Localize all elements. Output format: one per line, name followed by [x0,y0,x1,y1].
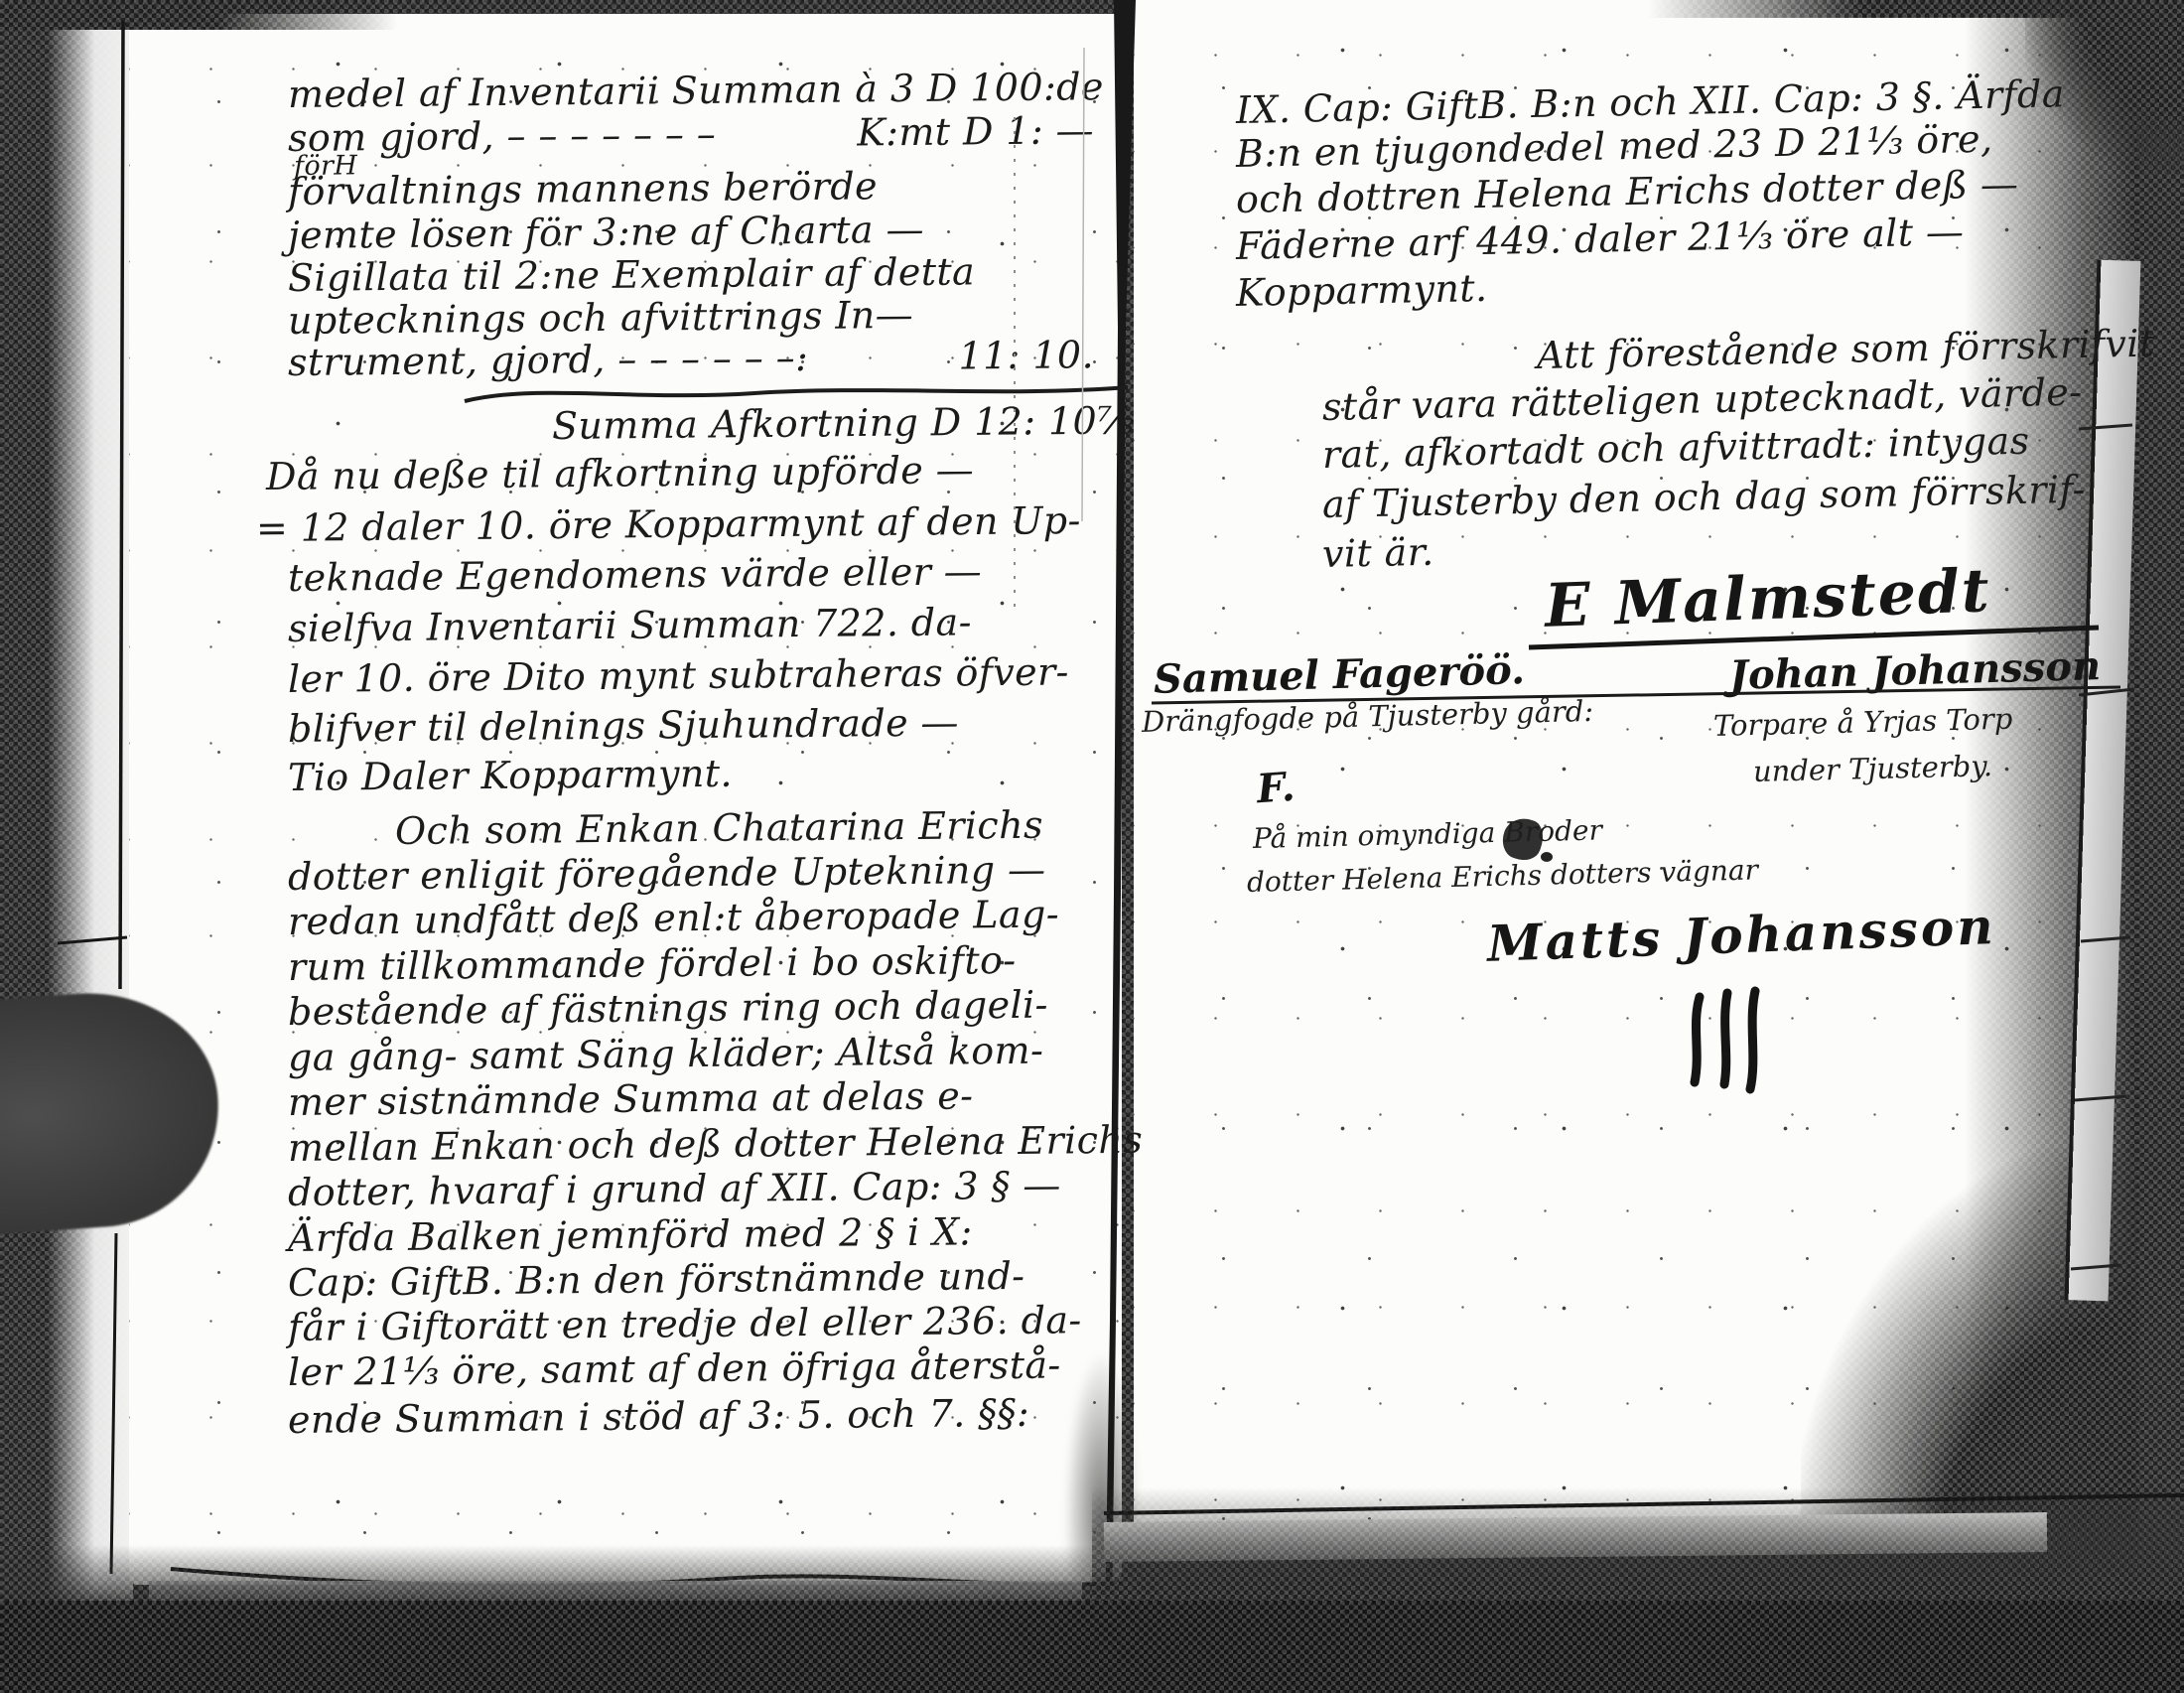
manuscript-line: Och som Enkan Chatarina Erichs [395,802,1201,853]
line-text: strument, gjord, – – – – – –: [288,337,809,385]
manuscript-line: dotter enligit föregående Uptekning — [288,848,1094,899]
manuscript-line: blifver til delnings Sjuhundrade — [288,700,1094,751]
manuscript-line: Ärfda Balken jemnförd med 2 § i X: [288,1209,1094,1260]
manuscript-line: Cap: GiftB. B:n den förstnämnde und- [288,1254,1094,1305]
line-amount: 11: 10. [958,334,1094,378]
manuscript-line: = 12 daler 10. öre Kopparmynt af den Up- [256,499,1062,550]
manuscript-line: ler 10. öre Dito mynt subtraheras öfver- [288,650,1094,701]
witness-left-mark-f: F. [1255,764,1296,813]
signature-johan-johansson: Johan Johansson [1728,642,2101,699]
manuscript-line: får i Giftorätt en tredje del eller 236.… [288,1299,1094,1349]
manuscript-line: Då nu deße til afkortning upförde — [266,448,1072,498]
manuscript-line: mer sistnämnde Summa at delas e- [288,1073,1094,1124]
manuscript-line: rum tillkommande fördel i bo oskifto- [288,938,1094,989]
manuscript-line: bestående af fästnings ring och dageli- [288,983,1094,1034]
ink-blot-small [1541,852,1553,862]
manuscript-line: teknade Egendomens värde eller — [288,549,1094,600]
summa-afkortning-line: Summa Afkortning D 12: 10⅞ [552,399,1135,448]
manuscript-line: ende Summan i stöd af 3: 5. och 7. §§: [288,1391,1094,1442]
scan-border-top-left [0,0,397,30]
manuscript-line: ga gång- samt Säng kläder; Altså kom- [288,1029,1094,1079]
scan-border-bottom [0,1601,2184,1693]
signature-samuel-fageroo: Samuel Fageröö. [1153,646,1525,703]
manuscript-line: Tio Daler Kopparmynt. [288,749,1094,799]
witness-right-role-line2: under Tjusterby. [1753,751,1993,788]
left-page-deckle-edge [48,0,133,1646]
manuscript-line: förvaltnings mannens berörde [288,163,1094,213]
manuscript-line: mellan Enkan och deß dotter Helena Erich… [288,1119,1094,1170]
manuscript-line: strument, gjord, – – – – – –: 11: 10. [288,334,1094,384]
manuscript-line: redan undfått deß enl:t åberopade Lag- [288,893,1094,943]
scanned-book-spread: medel af Inventarii Summan à 3 D 100:de … [0,0,2184,1693]
manuscript-line: ler 21⅓ öre, samt af den öfriga återstå- [288,1343,1094,1394]
manuscript-line: sielfva Inventarii Summan 722. da- [288,600,1094,650]
manuscript-line: dotter, hvaraf i grund af XII. Cap: 3 § … [288,1164,1094,1214]
